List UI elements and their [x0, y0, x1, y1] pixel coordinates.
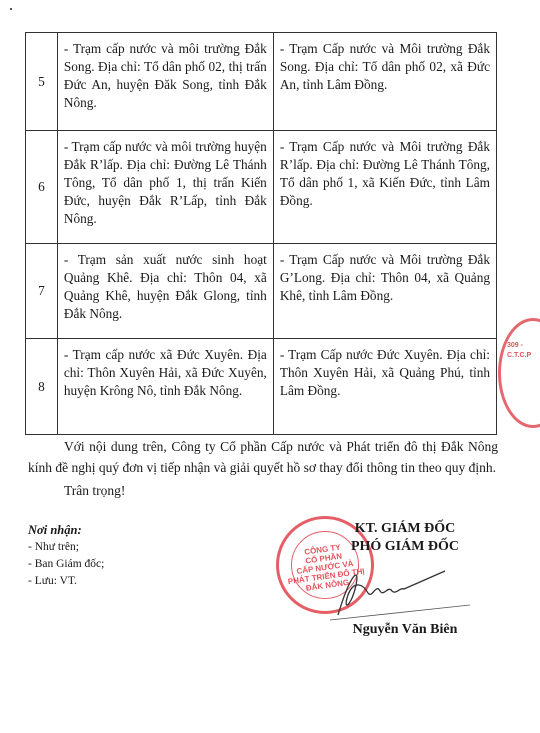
table-row: 6 - Trạm cấp nước và môi trường huyện Đắ… [26, 131, 497, 244]
row-number: 7 [26, 244, 58, 339]
table-row: 8 - Trạm cấp nước xã Đức Xuyên. Địa chỉ:… [26, 339, 497, 435]
old-station-info: - Trạm cấp nước và môi trường huyện Đắk … [57, 131, 273, 244]
recipients-heading: Nơi nhận: [28, 522, 104, 539]
new-station-info: - Trạm Cấp nước Đức Xuyên. Địa chỉ: Thôn… [273, 339, 496, 435]
recipient-item: - Lưu: VT. [28, 573, 104, 590]
handwritten-signature-icon [330, 565, 470, 625]
edge-seal-text: 309 - C.T.C.P [507, 341, 527, 361]
old-station-info: - Trạm sản xuất nước sinh hoạt Quảng Khê… [57, 244, 273, 339]
row-number: 8 [26, 339, 58, 435]
recipient-item: - Ban Giám đốc; [28, 556, 104, 573]
new-station-info: - Trạm Cấp nước và Môi trường Đắk Song. … [273, 33, 496, 131]
table-row: 5 - Trạm cấp nước và môi trường Đắk Song… [26, 33, 497, 131]
old-station-info: - Trạm cấp nước và môi trường Đắk Song. … [57, 33, 273, 131]
body-paragraph: Với nội dung trên, Công ty Cổ phần Cấp n… [28, 436, 498, 478]
signer-title-2: PHÓ GIÁM ĐỐC [300, 538, 510, 556]
old-station-info: - Trạm cấp nước xã Đức Xuyên. Địa chỉ: T… [57, 339, 273, 435]
new-station-info: - Trạm Cấp nước và Môi trường Đắk G’Long… [273, 244, 496, 339]
new-station-info: - Trạm Cấp nước và Môi trường Đắk R’lấp.… [273, 131, 496, 244]
signer-title-1: KT. GIÁM ĐỐC [300, 520, 510, 538]
scan-speck [10, 8, 12, 10]
recipient-item: - Như trên; [28, 539, 104, 556]
row-number: 6 [26, 131, 58, 244]
table-row: 7 - Trạm sản xuất nước sinh hoạt Quảng K… [26, 244, 497, 339]
recipients-block: Nơi nhận: - Như trên; - Ban Giám đốc; - … [28, 522, 104, 590]
station-change-table: 5 - Trạm cấp nước và môi trường Đắk Song… [25, 32, 497, 435]
row-number: 5 [26, 33, 58, 131]
signature-block: KT. GIÁM ĐỐC PHÓ GIÁM ĐỐC Nguyễn Văn Biê… [300, 520, 510, 556]
edge-seal-icon: 309 - C.T.C.P [498, 318, 540, 428]
closing-text: Trân trọng! [64, 480, 534, 501]
